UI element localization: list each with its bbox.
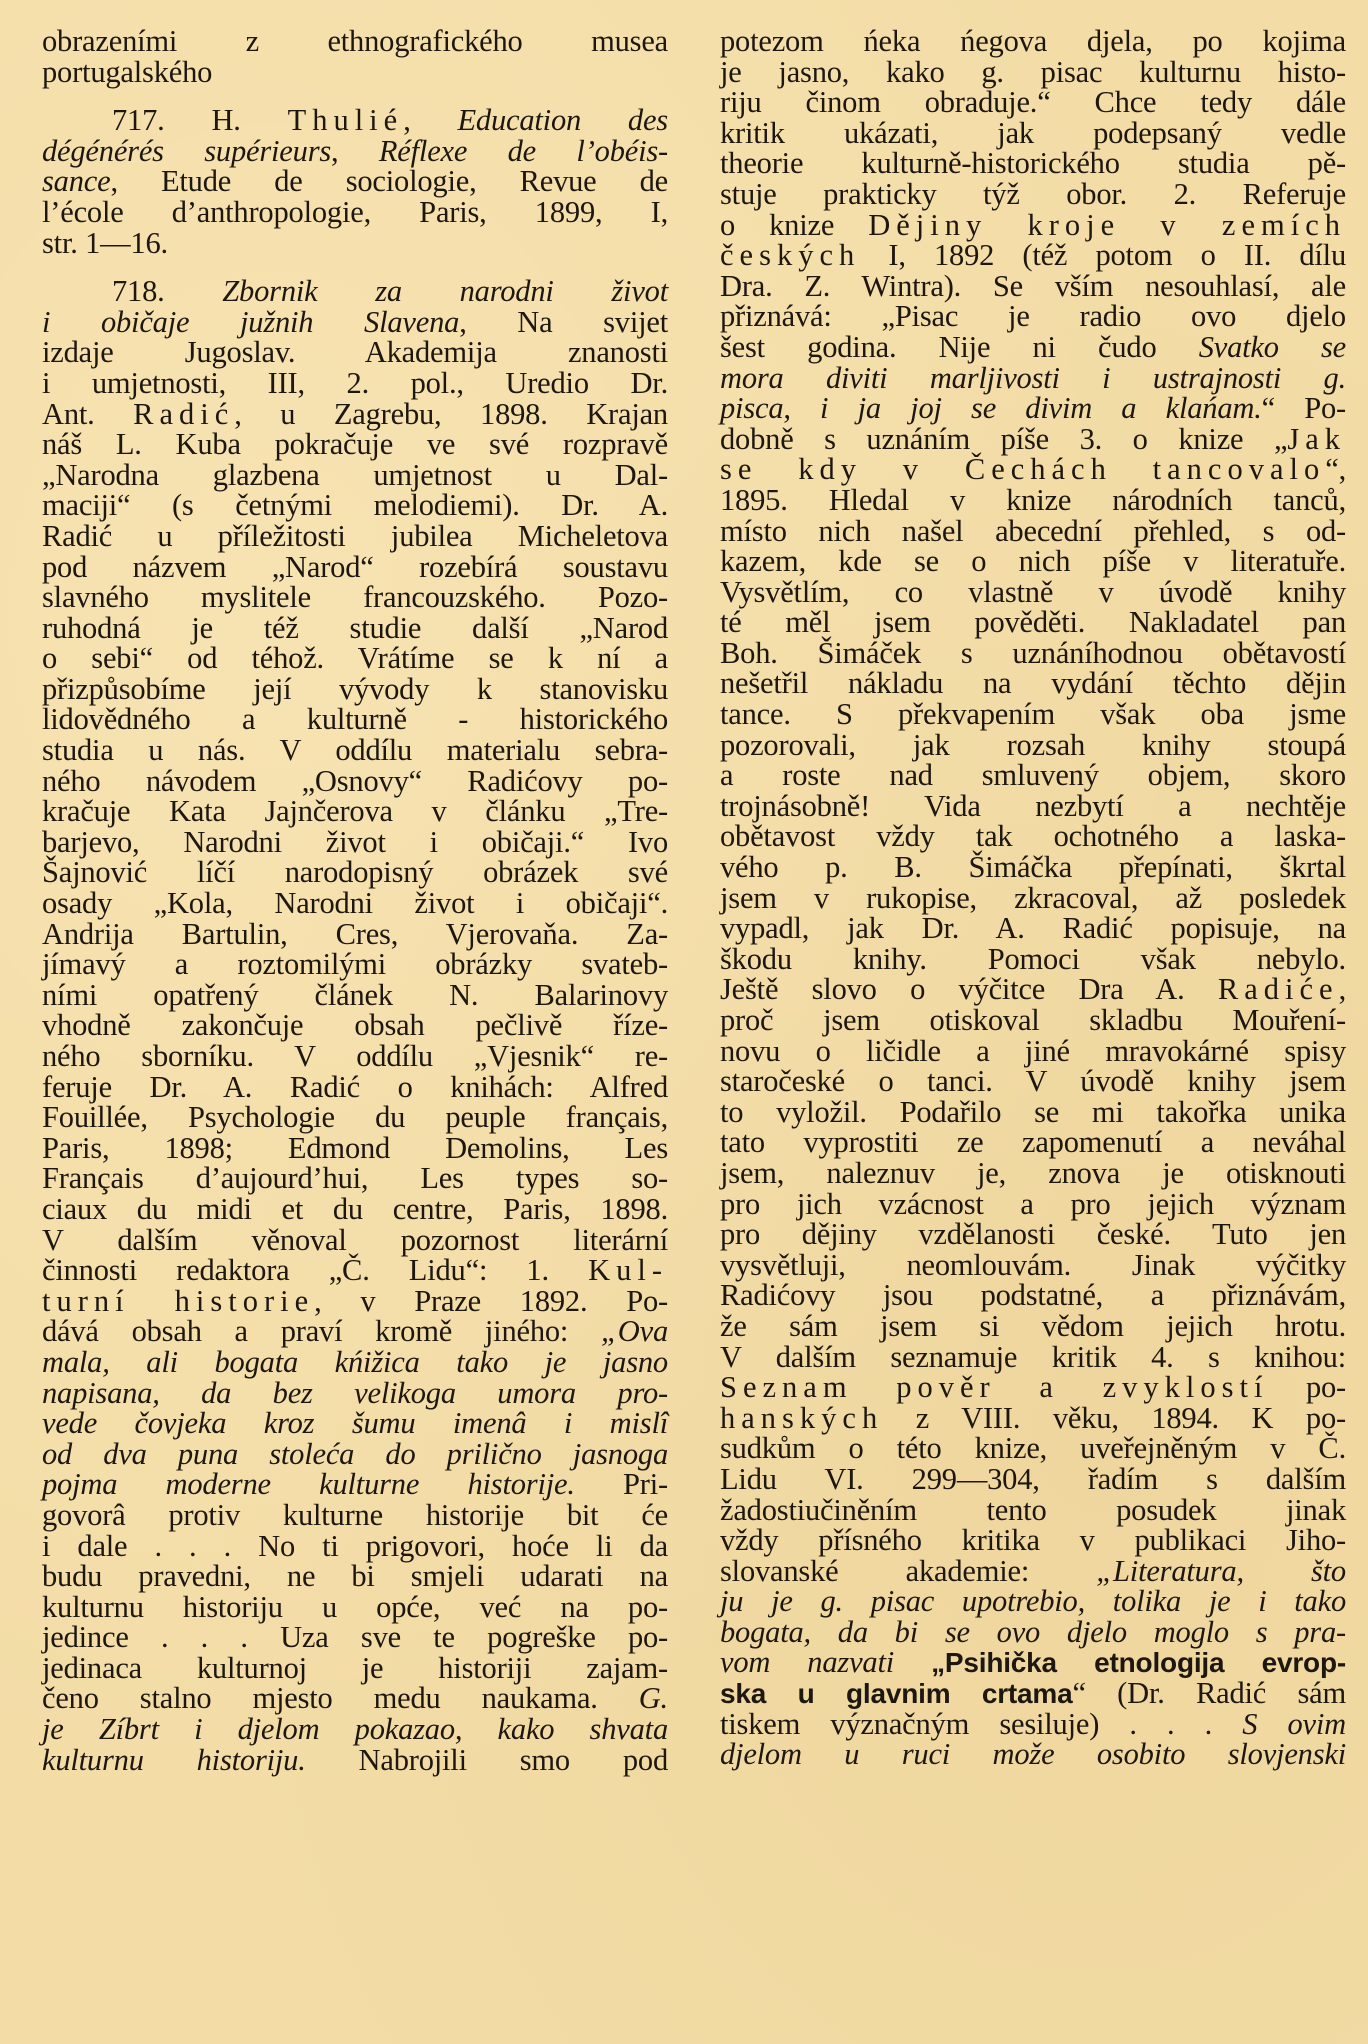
text-run: jímavý a roztomilými obrázky svateb-	[42, 947, 668, 981]
italic-phrase: od dva puna stoleća do prilično jasnoga	[42, 1437, 668, 1471]
text-line: o knize Dějiny kroje v zemích	[720, 210, 1346, 241]
spaced-phrase: Dějiny kroje v zemích	[868, 208, 1346, 242]
text-line: škodu knihy. Pomoci však nebylo.	[720, 944, 1346, 975]
text-run: Boh. Šimáček s uznáníhodnou obětavostí	[720, 636, 1346, 670]
text-line: dégénérés supérieurs, Réflexe de l’obéis…	[42, 136, 668, 167]
bold-phrase: ska u glavnim crtama	[720, 1678, 1073, 1709]
text-run: obětavost vždy tak ochotného a laska-	[720, 819, 1346, 853]
text-line: jedince . . . Uza sve te pogreške po-	[42, 1622, 668, 1653]
text-line: i običaje južnih Slavena, Na svijet	[42, 307, 668, 338]
text-run: kazem, kde se o nich píše v literatuře.	[720, 544, 1346, 578]
text-line: o sebi“ od téhož. Vrátíme se k ní a	[42, 643, 668, 674]
text-line: a roste nad smluvený objem, skoro	[720, 760, 1346, 791]
text-run: tiskem význačným sesiluje) . . .	[720, 1707, 1242, 1741]
text-run: studia u nás. V oddílu materialu sebra-	[42, 733, 668, 767]
text-run: o sebi“ od téhož. Vrátíme se k ní a	[42, 641, 668, 675]
text-run: Vysvětlím, co vlastně v úvodě knihy	[720, 575, 1346, 609]
italic-phrase: vede čovjeka kroz šumu imenâ i mislî	[42, 1406, 668, 1440]
spaced-phrase: českých	[720, 238, 860, 272]
spaced-phrase: Radić	[133, 397, 234, 431]
text-line: pro dějiny vzdělanosti české. Tuto jen	[720, 1219, 1346, 1250]
text-run: riju činom obraduje.“ Chce tedy dále	[720, 85, 1346, 119]
text-line: ného sborníku. V oddílu „Vjesnik“ re-	[42, 1041, 668, 1072]
text-run: 718.	[112, 274, 222, 308]
text-line: tato vyprostiti ze zapomenutí a neváhal	[720, 1127, 1346, 1158]
text-run: , v Praze 1892. Po-	[314, 1284, 668, 1318]
text-run: kulturnu historiju u opće, već na po-	[42, 1590, 668, 1624]
text-line: Ant. Radić, u Zagrebu, 1898. Krajan	[42, 399, 668, 430]
bold-phrase: „Psihička etnologija evrop-	[931, 1647, 1346, 1678]
text-run: I, 1892 (též potom o II. dílu	[860, 238, 1346, 272]
italic-phrase: Svatko se	[1199, 330, 1346, 364]
text-line: l’école d’anthropologie, Paris, 1899, I,	[42, 197, 668, 228]
text-line: Radićovy jsou podstatné, a přiznávám,	[720, 1280, 1346, 1311]
text-line: Dra. Z. Wintra). Se vším nesouhlasí, ale	[720, 271, 1346, 302]
italic-phrase: kulturnu historiju.	[42, 1743, 306, 1777]
text-line: obětavost vždy tak ochotného a laska-	[720, 821, 1346, 852]
italic-phrase: G.	[639, 1681, 668, 1715]
text-line: Ještě slovo o výčitce Dra A. Radiće,	[720, 974, 1346, 1005]
spaced-phrase: Seznam pověr a zvyklostí	[720, 1370, 1268, 1404]
text-line: bogata, da bi se ovo djelo moglo s pra-	[720, 1617, 1346, 1648]
text-run: izdaje Jugoslav. Akademija znanosti	[42, 335, 668, 369]
text-run: feruje Dr. A. Radić o knihách: Alfred	[42, 1070, 668, 1104]
text-line: náš L. Kuba pokračuje ve své rozpravě	[42, 429, 668, 460]
text-run: Pri-	[575, 1467, 668, 1501]
text-run: místo nich našel abecední přehled, s od-	[720, 514, 1346, 548]
text-line: V dalším seznamuje kritik 4. s knihou:	[720, 1342, 1346, 1373]
text-run: pod názvem „Narod“ rozebírá soustavu	[42, 550, 668, 584]
text-run: přiznává: „Pisac je radio ovo djelo	[720, 299, 1346, 333]
text-line: vysvětluji, neomlouvám. Jinak výčitky	[720, 1250, 1346, 1281]
text-line: slavného myslitele francouzského. Pozo-	[42, 582, 668, 613]
text-line: té měl jsem pověděti. Nakladatel pan	[720, 607, 1346, 638]
text-run: V dalším seznamuje kritik 4. s knihou:	[720, 1340, 1346, 1374]
text-run: je jasno, kako g. pisac kulturnu histo-	[720, 55, 1346, 89]
text-line: Fouillée, Psychologie du peuple français…	[42, 1102, 668, 1133]
text-line: místo nich našel abecední přehled, s od-	[720, 516, 1346, 547]
text-line: kračuje Kata Jajnčerova v článku „Tre-	[42, 796, 668, 827]
text-run: pro jich vzácnost a pro jejich význam	[720, 1187, 1346, 1221]
italic-phrase: djelom u ruci može osobito slovjenski	[720, 1737, 1346, 1771]
text-line: proč jsem otiskoval skladbu Mouření-	[720, 1005, 1346, 1036]
italic-phrase: pisca, i ja joj se divim a klańam.	[720, 391, 1262, 425]
text-line: Vysvětlím, co vlastně v úvodě knihy	[720, 577, 1346, 608]
italic-phrase: mora diviti marljivosti i ustrajnosti g.	[720, 361, 1346, 395]
text-line: Boh. Šimáček s uznáníhodnou obětavostí	[720, 638, 1346, 669]
text-run: ného sborníku. V oddílu „Vjesnik“ re-	[42, 1039, 668, 1073]
text-run: , Etude de sociologie, Revue de	[110, 164, 668, 198]
text-run: “ (Dr. Radić sám	[1073, 1676, 1346, 1710]
text-run: to vyložil. Podařilo se mi takořka unika	[720, 1095, 1346, 1129]
spaced-phrase: hanských	[720, 1401, 883, 1435]
text-line: mora diviti marljivosti i ustrajnosti g.	[720, 363, 1346, 394]
text-line: je Zíbrt i djelom pokazao, kako shvata	[42, 1714, 668, 1745]
text-run: Šajnović líčí narodopisný obrázek své	[42, 855, 668, 889]
text-run: jsem, naleznuv je, znova je otisknouti	[720, 1156, 1346, 1190]
text-line: ciaux du midi et du centre, Paris, 1898.	[42, 1194, 668, 1225]
text-run: dobně s uznáním píše 3. o knize „	[720, 422, 1287, 456]
text-run: ruhodná je též studie další „Narod	[42, 611, 668, 645]
text-line: vhodně zakončuje obsah pečlivě říze-	[42, 1010, 668, 1041]
text-line: pisca, i ja joj se divim a klańam.“ Po-	[720, 393, 1346, 424]
text-line: jsem, naleznuv je, znova je otisknouti	[720, 1158, 1346, 1189]
text-line: Français d’aujourd’hui, Les types so-	[42, 1163, 668, 1194]
text-run: 717. H.	[112, 103, 288, 137]
text-run: ,	[331, 134, 379, 168]
text-run: šest godina. Nije ni čudo	[720, 330, 1199, 364]
text-run: žadostiučiněním tento posudek jinak	[720, 1493, 1346, 1527]
text-line: studia u nás. V oddílu materialu sebra-	[42, 735, 668, 766]
text-run: “ Po-	[1262, 391, 1346, 425]
text-run: vého p. B. Šimáčka přepínati, škrtal	[720, 850, 1346, 884]
text-run: vhodně zakončuje obsah pečlivě říze-	[42, 1008, 668, 1042]
text-line: že sám jsem si vědom jejich hrotu.	[720, 1311, 1346, 1342]
text-run: nešetřil nákladu na vydání těchto dějin	[720, 666, 1346, 700]
text-run: Lidu VI. 299—304, řadím s dalším	[720, 1462, 1346, 1496]
left-text-column: obrazeními z ethnografického museaportug…	[42, 26, 668, 1775]
text-run: jedince . . . Uza sve te pogreške po-	[42, 1620, 668, 1654]
text-run: staročeské o tanci. V úvodě knihy jsem	[720, 1064, 1346, 1098]
text-line: „Narodna glazbena umjetnost u Dal-	[42, 460, 668, 491]
text-run: Ant.	[42, 397, 133, 431]
text-line: ruhodná je též studie další „Narod	[42, 613, 668, 644]
text-line: ska u glavnim crtama“ (Dr. Radić sám	[720, 1678, 1346, 1709]
text-line: jsem v rukopise, zkracoval, až posledek	[720, 883, 1346, 914]
text-line: i umjetnosti, III, 2. pol., Uredio Dr.	[42, 368, 668, 399]
journal-page: obrazeními z ethnografického museaportug…	[0, 0, 1368, 2044]
text-run: „Narodna glazbena umjetnost u Dal-	[42, 458, 668, 492]
text-line: turní historie, v Praze 1892. Po-	[42, 1286, 668, 1317]
text-line: kulturnu historiju. Nabrojili smo pod	[42, 1745, 668, 1776]
italic-phrase: Zbornik za narodni život	[222, 274, 668, 308]
spaced-phrase: Radiće	[1218, 972, 1339, 1006]
text-run: jsem v rukopise, zkracoval, až posledek	[720, 881, 1346, 915]
text-line: Seznam pověr a zvyklostí po-	[720, 1372, 1346, 1403]
text-line: Andrija Bartulin, Cres, Vjerovaňa. Za-	[42, 919, 668, 950]
text-line: českých I, 1892 (též potom o II. dílu	[720, 240, 1346, 271]
text-run: , u Zagrebu, 1898. Krajan	[234, 397, 668, 431]
text-line: hanských z VIII. věku, 1894. K po-	[720, 1403, 1346, 1434]
text-line: ného návodem „Osnovy“ Radićovy po-	[42, 766, 668, 797]
text-run: Fouillée, Psychologie du peuple français…	[42, 1100, 668, 1134]
text-run: kračuje Kata Jajnčerova v článku „Tre-	[42, 794, 668, 828]
text-run: proč jsem otiskoval skladbu Mouření-	[720, 1003, 1346, 1037]
text-run: Andrija Bartulin, Cres, Vjerovaňa. Za-	[42, 917, 668, 951]
text-run: str. 1—16.	[42, 226, 168, 260]
spaced-phrase: se kdy v Čechách tancovalo	[720, 452, 1325, 486]
text-run: ciaux du midi et du centre, Paris, 1898.	[42, 1192, 668, 1226]
spaced-phrase: Jak	[1287, 422, 1346, 456]
text-line: str. 1—16.	[42, 228, 668, 259]
text-run: obrazeními z ethnografického musea	[42, 24, 668, 58]
text-line: maciji“ (s četnými melodiemi). Dr. A.	[42, 490, 668, 521]
text-line: dobně s uznáním píše 3. o knize „Jak	[720, 424, 1346, 455]
text-line: tance. S překvapením však oba jsme	[720, 699, 1346, 730]
italic-phrase: dégénérés supérieurs	[42, 134, 331, 168]
text-run: slavného myslitele francouzského. Pozo-	[42, 580, 668, 614]
text-run: tance. S překvapením však oba jsme	[720, 697, 1346, 731]
text-run: pozorovali, jak rozsah knihy stoupá	[720, 728, 1346, 762]
text-run: jedinaca kulturnoj je historiji zajam-	[42, 1651, 668, 1685]
text-run: ,	[403, 103, 457, 137]
text-line: pozorovali, jak rozsah knihy stoupá	[720, 730, 1346, 761]
text-line: Radić u příležitosti jubilea Micheletova	[42, 521, 668, 552]
text-line: kazem, kde se o nich píše v literatuře.	[720, 546, 1346, 577]
italic-phrase: sance	[42, 164, 110, 198]
text-run: po-	[1268, 1370, 1346, 1404]
text-line: čeno stalno mjesto medu naukama. G.	[42, 1683, 668, 1714]
text-run: sudkům o této knize, uveřejněným v Č.	[720, 1431, 1346, 1465]
text-line: staročeské o tanci. V úvodě knihy jsem	[720, 1066, 1346, 1097]
text-run: té měl jsem pověděti. Nakladatel pan	[720, 605, 1346, 639]
italic-phrase: bogata, da bi se ovo djelo moglo s pra-	[720, 1615, 1346, 1649]
text-run: dává obsah a praví kromě jiného:	[42, 1314, 601, 1348]
text-line: budu pravedni, ne bi smjeli udarati na	[42, 1561, 668, 1592]
text-line: tiskem význačným sesiluje) . . . S ovim	[720, 1709, 1346, 1740]
text-line: jedinaca kulturnoj je historiji zajam-	[42, 1653, 668, 1684]
text-run: ného návodem „Osnovy“ Radićovy po-	[42, 764, 668, 798]
text-line: jímavý a roztomilými obrázky svateb-	[42, 949, 668, 980]
text-run: Radićovy jsou podstatné, a přiznávám,	[720, 1278, 1346, 1312]
text-line: novu o ličidle a jiné mravokárné spisy	[720, 1036, 1346, 1067]
text-line: 717. H. Thulié, Education des	[42, 105, 668, 136]
text-line: ními opatřený článek N. Balarinovy	[42, 980, 668, 1011]
text-line: ju je g. pisac upotrebio, tolika je i ta…	[720, 1586, 1346, 1617]
text-run: portugalského	[42, 55, 212, 89]
text-line: nešetřil nákladu na vydání těchto dějin	[720, 668, 1346, 699]
text-run: slovanské akademie:	[720, 1554, 1096, 1588]
text-run: Paris, 1898; Edmond Demolins, Les	[42, 1131, 668, 1165]
text-line: govorâ protiv kulturne historije bit će	[42, 1500, 668, 1531]
text-line: dává obsah a praví kromě jiného: „Ova	[42, 1316, 668, 1347]
text-run: 1895. Hledal v knize národních tanců,	[720, 483, 1346, 517]
text-line: to vyložil. Podařilo se mi takořka unika	[720, 1097, 1346, 1128]
text-run: ními opatřený článek N. Balarinovy	[42, 978, 668, 1012]
text-line: vždy přísného kritika v publikaci Jiho-	[720, 1525, 1346, 1556]
text-line: sudkům o této knize, uveřejněným v Č.	[720, 1433, 1346, 1464]
text-run: potezom ńeka ńegova djela, po kojima	[720, 24, 1346, 58]
text-line: kulturnu historiju u opće, već na po-	[42, 1592, 668, 1623]
text-line: djelom u ruci može osobito slovjenski	[720, 1739, 1346, 1770]
text-run: ,	[1339, 972, 1346, 1006]
text-run: Nabrojili smo pod	[306, 1743, 668, 1777]
text-line: V dalším věnoval pozornost literární	[42, 1225, 668, 1256]
text-run: tato vyprostiti ze zapomenutí a neváhal	[720, 1125, 1346, 1159]
text-run: Dra. Z. Wintra). Se vším nesouhlasí, ale	[720, 269, 1346, 303]
text-run: a roste nad smluvený objem, skoro	[720, 758, 1346, 792]
text-run: budu pravedni, ne bi smjeli udarati na	[42, 1559, 668, 1593]
text-line: vého p. B. Šimáčka přepínati, škrtal	[720, 852, 1346, 883]
text-line: Lidu VI. 299—304, řadím s dalším	[720, 1464, 1346, 1495]
italic-phrase: je Zíbrt i djelom pokazao, kako shvata	[42, 1712, 668, 1746]
text-line: napisana, da bez velikoga umora pro-	[42, 1378, 668, 1409]
text-line: od dva puna stoleća do prilično jasnoga	[42, 1439, 668, 1470]
text-run: vypadl, jak Dr. A. Radić popisuje, na	[720, 911, 1346, 945]
text-run: činnosti redaktora „Č. Lidu“: 1.	[42, 1253, 588, 1287]
text-run: , Na svijet	[459, 305, 668, 339]
text-run: stuje prakticky týž obor. 2. Referuje	[720, 177, 1346, 211]
spaced-phrase: Thulié	[288, 103, 404, 137]
italic-phrase: Education des	[457, 103, 668, 137]
text-run: kritik ukázati, jak podepsaný vedle	[720, 116, 1346, 150]
text-run: novu o ličidle a jiné mravokárné spisy	[720, 1034, 1346, 1068]
text-run: barjevo, Narodni život i običaji.“ Ivo	[42, 825, 668, 859]
italic-phrase: napisana, da bez velikoga umora pro-	[42, 1376, 668, 1410]
text-line: slovanské akademie: „Literatura, što	[720, 1556, 1346, 1587]
text-run: přizpůsobíme její vývody k stanovisku	[42, 672, 668, 706]
text-run: “,	[1325, 452, 1346, 486]
text-line: riju činom obraduje.“ Chce tedy dále	[720, 87, 1346, 118]
text-line: portugalského	[42, 57, 668, 88]
italic-phrase: Réflexe de l’obéis-	[379, 134, 668, 168]
text-line: žadostiučiněním tento posudek jinak	[720, 1495, 1346, 1526]
spaced-phrase: turní historie	[42, 1284, 314, 1318]
text-line: vede čovjeka kroz šumu imenâ i mislî	[42, 1408, 668, 1439]
text-line: stuje prakticky týž obor. 2. Referuje	[720, 179, 1346, 210]
text-line: Šajnović líčí narodopisný obrázek své	[42, 857, 668, 888]
text-run: l’école d’anthropologie, Paris, 1899, I,	[42, 195, 668, 229]
text-run: Français d’aujourd’hui, Les types so-	[42, 1161, 668, 1195]
text-line: činnosti redaktora „Č. Lidu“: 1. Kul-	[42, 1255, 668, 1286]
italic-phrase: „Ova	[601, 1314, 668, 1348]
text-line: barjevo, Narodni život i običaji.“ Ivo	[42, 827, 668, 858]
text-run: Radić u příležitosti jubilea Micheletova	[42, 519, 668, 553]
text-line: vom nazvati „Psihička etnologija evrop-	[720, 1647, 1346, 1678]
text-run: govorâ protiv kulturne historije bit će	[42, 1498, 668, 1532]
text-line: sance, Etude de sociologie, Revue de	[42, 166, 668, 197]
text-line: trojnásobně! Vida nezbytí a nechtěje	[720, 791, 1346, 822]
text-line: kritik ukázati, jak podepsaný vedle	[720, 118, 1346, 149]
text-line: se kdy v Čechách tancovalo“,	[720, 454, 1346, 485]
text-line: lidovědného a kulturně - historického	[42, 704, 668, 735]
text-run: lidovědného a kulturně - historického	[42, 702, 668, 736]
text-run: V dalším věnoval pozornost literární	[42, 1223, 668, 1257]
text-line: obrazeními z ethnografického musea	[42, 26, 668, 57]
text-line: izdaje Jugoslav. Akademija znanosti	[42, 337, 668, 368]
italic-phrase: S ovim	[1242, 1707, 1346, 1741]
text-run: trojnásobně! Vida nezbytí a nechtěje	[720, 789, 1346, 823]
text-run: náš L. Kuba pokračuje ve své rozpravě	[42, 427, 668, 461]
text-line: přizpůsobíme její vývody k stanovisku	[42, 674, 668, 705]
italic-phrase: vom nazvati	[720, 1645, 931, 1679]
text-line: pro jich vzácnost a pro jejich význam	[720, 1189, 1346, 1220]
text-line: 718. Zbornik za narodni život	[42, 276, 668, 307]
text-line: vypadl, jak Dr. A. Radić popisuje, na	[720, 913, 1346, 944]
text-run: o knize	[720, 208, 868, 242]
text-line: 1895. Hledal v knize národních tanců,	[720, 485, 1346, 516]
text-line: mala, ali bogata kńižica tako je jasno	[42, 1347, 668, 1378]
text-run: čeno stalno mjesto medu naukama.	[42, 1681, 639, 1715]
italic-phrase: „Literatura, što	[1096, 1554, 1346, 1588]
spaced-phrase: Kul-	[588, 1253, 668, 1287]
text-run: i umjetnosti, III, 2. pol., Uredio Dr.	[42, 366, 668, 400]
text-run: z VIII. věku, 1894. K po-	[883, 1401, 1346, 1435]
text-line: i dale . . . No ti prigovori, hoće li da	[42, 1531, 668, 1562]
italic-phrase: i običaje južnih Slavena	[42, 305, 459, 339]
italic-phrase: mala, ali bogata kńižica tako je jasno	[42, 1345, 668, 1379]
right-text-column: potezom ńeka ńegova djela, po kojimaje j…	[720, 26, 1346, 1770]
text-run: pro dějiny vzdělanosti české. Tuto jen	[720, 1217, 1346, 1251]
text-run: vysvětluji, neomlouvám. Jinak výčitky	[720, 1248, 1346, 1282]
text-line: pod názvem „Narod“ rozebírá soustavu	[42, 552, 668, 583]
text-line: potezom ńeka ńegova djela, po kojima	[720, 26, 1346, 57]
text-line: osady „Kola, Narodni život i običaji“.	[42, 888, 668, 919]
text-run: theorie kulturně-historického studia pě-	[720, 146, 1346, 180]
text-line: feruje Dr. A. Radić o knihách: Alfred	[42, 1072, 668, 1103]
text-line: pojma moderne kulturne historije. Pri-	[42, 1469, 668, 1500]
italic-phrase: pojma moderne kulturne historije.	[42, 1467, 575, 1501]
text-run: že sám jsem si vědom jejich hrotu.	[720, 1309, 1346, 1343]
text-line: theorie kulturně-historického studia pě-	[720, 148, 1346, 179]
text-run: maciji“ (s četnými melodiemi). Dr. A.	[42, 488, 668, 522]
text-line: Paris, 1898; Edmond Demolins, Les	[42, 1133, 668, 1164]
italic-phrase: ju je g. pisac upotrebio, tolika je i ta…	[720, 1584, 1346, 1618]
text-run: Ještě slovo o výčitce Dra A.	[720, 972, 1218, 1006]
text-run: osady „Kola, Narodni život i običaji“.	[42, 886, 668, 920]
text-line: šest godina. Nije ni čudo Svatko se	[720, 332, 1346, 363]
text-run: i dale . . . No ti prigovori, hoće li da	[42, 1529, 668, 1563]
text-line: přiznává: „Pisac je radio ovo djelo	[720, 301, 1346, 332]
text-run: vždy přísného kritika v publikaci Jiho-	[720, 1523, 1346, 1557]
text-line: je jasno, kako g. pisac kulturnu histo-	[720, 57, 1346, 88]
text-run: škodu knihy. Pomoci však nebylo.	[720, 942, 1346, 976]
